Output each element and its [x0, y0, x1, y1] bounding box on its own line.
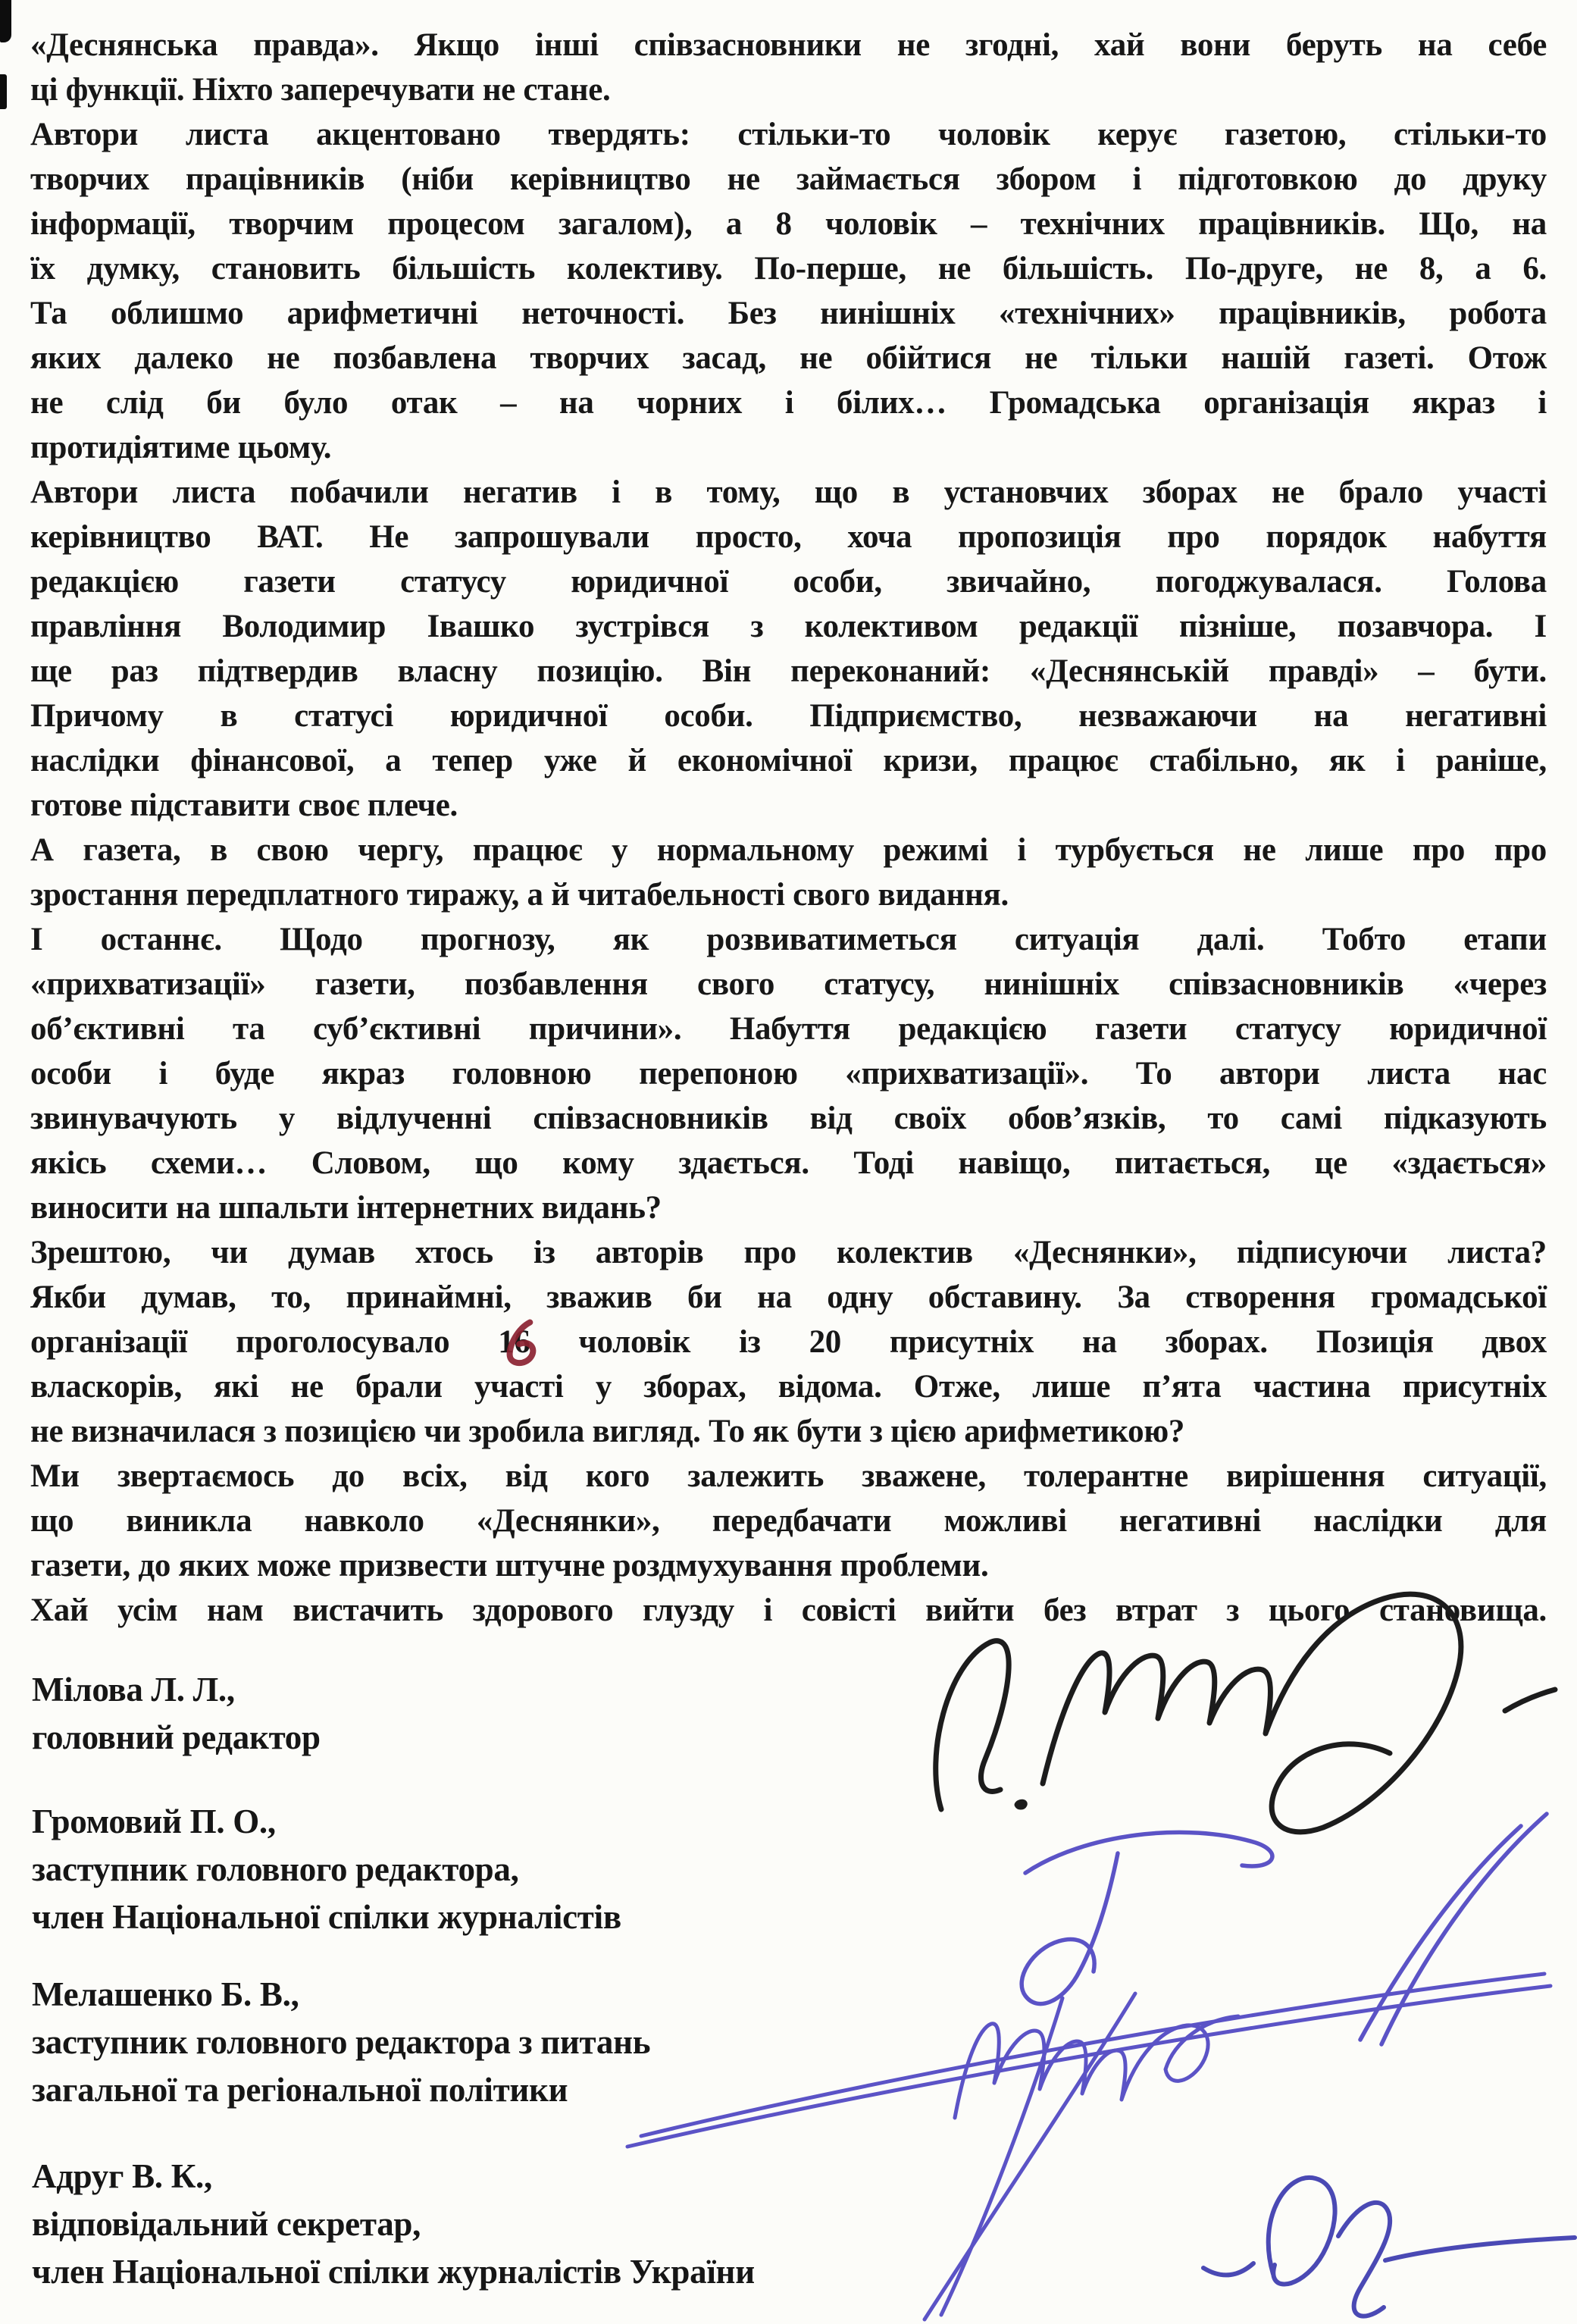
text-line: Ми звертаємось до всіх, від кого залежит…: [30, 1454, 1547, 1499]
text-line: виносити на шпальти інтернетних видань?: [30, 1185, 1547, 1230]
text-line: не визначилася з позицією чи зробила виг…: [30, 1409, 1547, 1454]
text-line: Автори листа акцентовано твердять: стіль…: [30, 112, 1547, 157]
text-line: інформації, творчим процесом загалом), а…: [30, 202, 1547, 246]
text-line: протидіятиме цьому.: [30, 425, 1547, 470]
text-line: якісь схеми… Словом, що кому здається. Т…: [30, 1141, 1547, 1185]
text-line: їх думку, становить більшість колективу.…: [30, 246, 1547, 291]
text-line: готове підставити своє плече.: [30, 783, 1547, 828]
text-line: яких далеко не позбавлена творчих засад,…: [30, 336, 1547, 381]
signatory-block-hromovyi: Громовий П. О., заступник головного реда…: [32, 1798, 621, 1941]
text-line: Та облишмо арифметичні неточності. Без н…: [30, 291, 1547, 336]
text-line: І останнє. Щодо прогнозу, як розвиватиме…: [30, 917, 1547, 962]
text-line: організації проголосувало 16 чоловік із …: [30, 1320, 1547, 1364]
scan-artifact: [0, 74, 7, 109]
text-line: Якби думав, то, принаймні, зважив би на …: [30, 1275, 1547, 1320]
signatory-title: заступник головного редактора з питань: [32, 2019, 650, 2066]
text-line: творчих працівників (ніби керівництво не…: [30, 157, 1547, 202]
scan-artifact: [0, 0, 11, 42]
text-line: Автори листа побачили негатив і в тому, …: [30, 470, 1547, 515]
text-line: «Деснянська правда». Якщо інші співзасно…: [30, 23, 1547, 67]
signatory-block-adruh: Адруг В. К., відповідальний секретар, чл…: [32, 2153, 755, 2296]
signatory-name: Мілова Л. Л.,: [32, 1666, 321, 1714]
text-line: власкорів, які не брали участі у зборах,…: [30, 1364, 1547, 1409]
signatory-title: головний редактор: [32, 1714, 321, 1762]
handwritten-signature-hromovyi: [936, 1800, 1577, 2050]
text-line: звинувачують у відлученні співзасновникі…: [30, 1096, 1547, 1141]
text-line: наслідки фінансової, а тепер уже й еконо…: [30, 738, 1547, 783]
text-line: Причому в статусі юридичної особи. Підпр…: [30, 694, 1547, 738]
text-line: що виникла навколо «Деснянки», передбача…: [30, 1499, 1547, 1543]
signatory-name: Громовий П. О.,: [32, 1798, 621, 1846]
text-line: А газета, в свою чергу, працює у нормаль…: [30, 828, 1547, 872]
text-line: зростання передплатного тиражу, а й чита…: [30, 872, 1547, 917]
text-line: керівництво ВАТ. Не запрошували просто, …: [30, 515, 1547, 559]
signatory-name: Мелашенко Б. В.,: [32, 1971, 650, 2019]
signatory-block-milova: Мілова Л. Л., головний редактор: [32, 1666, 321, 1762]
handwritten-signature-adruh: [1159, 2145, 1577, 2324]
text-line: «прихватизації» газети, позбавлення свог…: [30, 962, 1547, 1007]
text-line: Зрештою, чи думав хтось із авторів про к…: [30, 1230, 1547, 1275]
document-page: «Деснянська правда». Якщо інші співзасно…: [0, 0, 1577, 2324]
text-line: ще раз підтвердив власну позицію. Він пе…: [30, 649, 1547, 694]
body-text: «Деснянська правда». Якщо інші співзасно…: [30, 23, 1547, 1633]
signatory-title: член Національної спілки журналістів: [32, 1893, 621, 1941]
text-line: об’єктивні та суб’єктивні причини». Набу…: [30, 1007, 1547, 1051]
signatory-block-melashenko: Мелашенко Б. В., заступник головного ред…: [32, 1971, 650, 2114]
text-line: ці функції. Ніхто заперечувати не стане.: [30, 67, 1547, 112]
signatory-name: Адруг В. К.,: [32, 2153, 755, 2200]
text-line: правління Володимир Івашко зустрівся з к…: [30, 604, 1547, 649]
text-line: особи і буде якраз головною перепоною «п…: [30, 1051, 1547, 1096]
signatory-title: заступник головного редактора,: [32, 1846, 621, 1893]
text-line: не слід би було отак – на чорних і білих…: [30, 381, 1547, 425]
text-line: газети, до яких може призвести штучне ро…: [30, 1543, 1547, 1588]
text-line: редакцією газети статусу юридичної особи…: [30, 559, 1547, 604]
signatory-title: загальної та регіональної політики: [32, 2066, 650, 2114]
signatory-title: відповідальний секретар,: [32, 2200, 755, 2248]
text-line: Хай усім нам вистачить здорового глузду …: [30, 1588, 1547, 1633]
handwritten-correction-mark: [496, 1315, 546, 1370]
signatory-title: член Національної спілки журналістів Укр…: [32, 2248, 755, 2296]
